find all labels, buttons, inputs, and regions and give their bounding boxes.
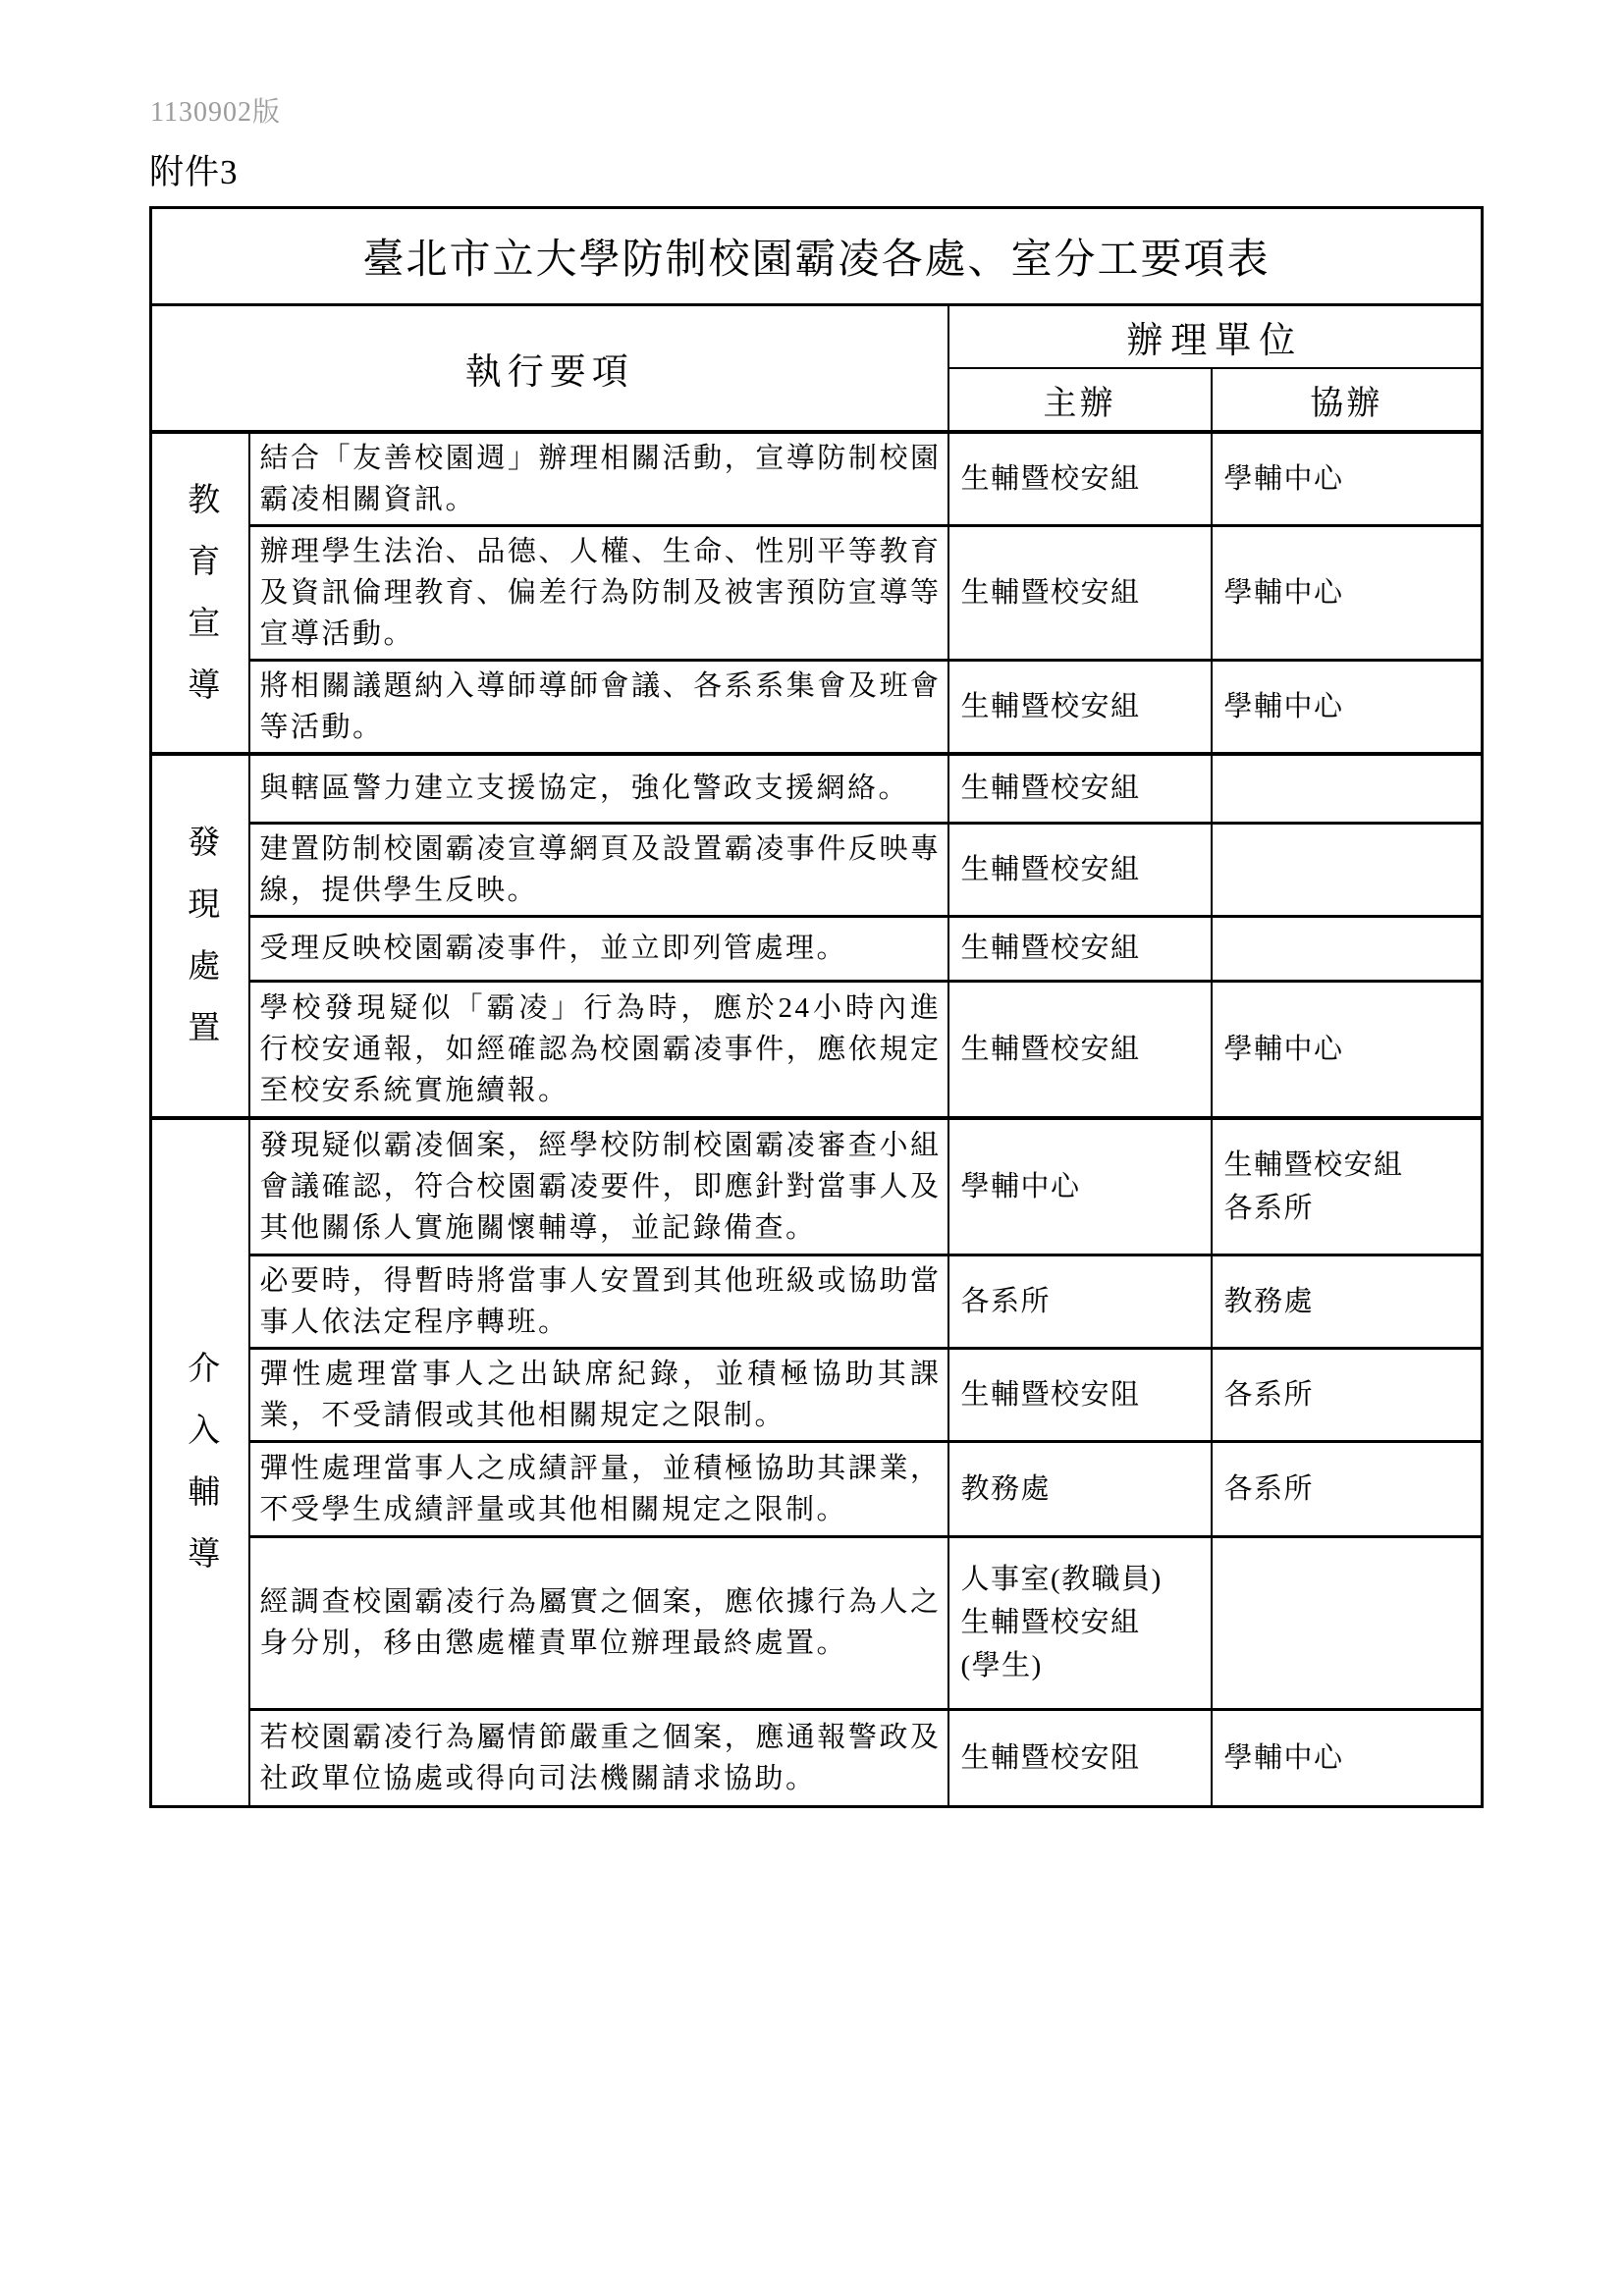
- main-organizer-cell: 生輔暨校安組: [948, 823, 1212, 916]
- item-text: 建置防制校園霸凌宣導網頁及設置霸凌事件反映專線，提供學生反映。: [249, 823, 948, 916]
- table-row: 教育宣導 結合「友善校園週」辦理相關活動，宣導防制校園霸凌相關資訊。 生輔暨校安…: [151, 432, 1483, 526]
- item-text: 結合「友善校園週」辦理相關活動，宣導防制校園霸凌相關資訊。: [249, 432, 948, 526]
- table-row: 將相關議題納入導師導師會議、各系系集會及班會等活動。 生輔暨校安組 學輔中心: [151, 661, 1483, 755]
- table-row: 彈性處理當事人之成績評量，並積極協助其課業，不受學生成績評量或其他相關規定之限制…: [151, 1441, 1483, 1536]
- table-row: 彈性處理當事人之出缺席紀錄，並積極協助其課業，不受請假或其他相關規定之限制。 生…: [151, 1348, 1483, 1441]
- co-organizer-cell: 學輔中心: [1212, 1709, 1483, 1806]
- header-row-1: 執行要項 辦理單位: [151, 305, 1483, 369]
- item-text: 學校發現疑似「霸凌」行為時，應於24小時內進行校安通報，如經確認為校園霸凌事件，…: [249, 981, 948, 1118]
- table-row: 經調查校園霸凌行為屬實之個案，應依據行為人之身分別，移由懲處權責單位辦理最終處置…: [151, 1536, 1483, 1709]
- co-organizer-cell: 學輔中心: [1212, 981, 1483, 1118]
- item-text: 辦理學生法治、品德、人權、生命、性別平等教育及資訊倫理教育、偏差行為防制及被害預…: [249, 526, 948, 661]
- main-organizer-cell: 生輔暨校安組: [948, 661, 1212, 755]
- attachment-label: 附件3: [149, 145, 239, 194]
- document-page: { "page": { "version_label": "1130902版",…: [0, 0, 1624, 2296]
- co-organizer-cell: 教務處: [1212, 1255, 1483, 1348]
- co-organizer-cell: [1212, 1536, 1483, 1709]
- table-row: 介入輔導 發現疑似霸凌個案，經學校防制校園霸凌審查小組會議確認，符合校園霸凌要件…: [151, 1118, 1483, 1255]
- section-label-text: 教育宣導: [184, 482, 216, 729]
- co-organizer-cell: 各系所: [1212, 1348, 1483, 1441]
- item-text: 發現疑似霸凌個案，經學校防制校園霸凌審查小組會議確認，符合校園霸凌要件，即應針對…: [249, 1118, 948, 1255]
- header-execution-items: 執行要項: [151, 305, 948, 433]
- main-organizer-cell: 生輔暨校安阻: [948, 1709, 1212, 1806]
- item-text: 彈性處理當事人之成績評量，並積極協助其課業，不受學生成績評量或其他相關規定之限制…: [249, 1441, 948, 1536]
- version-label: 1130902版: [150, 90, 281, 130]
- co-organizer-cell: [1212, 916, 1483, 981]
- section-label-discovery-handling: 發現處置: [151, 754, 249, 1118]
- item-text: 若校園霸凌行為屬情節嚴重之個案，應通報警政及社政單位協處或得向司法機關請求協助。: [249, 1709, 948, 1806]
- main-organizer-cell: 生輔暨校安組: [948, 754, 1212, 823]
- division-of-work-table: 臺北市立大學防制校園霸凌各處、室分工要項表 執行要項 辦理單位 主辦 協辦 教育…: [149, 206, 1484, 1808]
- main-organizer-cell: 教務處: [948, 1441, 1212, 1536]
- co-organizer-cell: [1212, 823, 1483, 916]
- title-row: 臺北市立大學防制校園霸凌各處、室分工要項表: [151, 208, 1483, 305]
- co-organizer-cell: 學輔中心: [1212, 661, 1483, 755]
- table-row: 辦理學生法治、品德、人權、生命、性別平等教育及資訊倫理教育、偏差行為防制及被害預…: [151, 526, 1483, 661]
- item-text: 將相關議題納入導師導師會議、各系系集會及班會等活動。: [249, 661, 948, 755]
- section-label-text: 介入輔導: [184, 1351, 216, 1598]
- header-co-organizer: 協辦: [1212, 368, 1483, 432]
- main-organizer-cell: 生輔暨校安組: [948, 526, 1212, 661]
- main-organizer-cell: 生輔暨校安組: [948, 981, 1212, 1118]
- co-organizer-cell: 生輔暨校安組 各系所: [1212, 1118, 1483, 1255]
- section-label-text: 發現處置: [184, 825, 216, 1072]
- item-text: 必要時，得暫時將當事人安置到其他班級或協助當事人依法定程序轉班。: [249, 1255, 948, 1348]
- table-title: 臺北市立大學防制校園霸凌各處、室分工要項表: [151, 208, 1483, 305]
- item-text: 與轄區警力建立支援協定，強化警政支援網絡。: [249, 754, 948, 823]
- main-organizer-cell: 人事室(教職員) 生輔暨校安組 (學生): [948, 1536, 1212, 1709]
- co-organizer-cell: 學輔中心: [1212, 526, 1483, 661]
- co-organizer-cell: [1212, 754, 1483, 823]
- table-row: 若校園霸凌行為屬情節嚴重之個案，應通報警政及社政單位協處或得向司法機關請求協助。…: [151, 1709, 1483, 1806]
- main-organizer-cell: 各系所: [948, 1255, 1212, 1348]
- co-organizer-cell: 各系所: [1212, 1441, 1483, 1536]
- table-row: 必要時，得暫時將當事人安置到其他班級或協助當事人依法定程序轉班。 各系所 教務處: [151, 1255, 1483, 1348]
- main-organizer-cell: 生輔暨校安組: [948, 432, 1212, 526]
- main-organizer-cell: 學輔中心: [948, 1118, 1212, 1255]
- header-main-organizer: 主辦: [948, 368, 1212, 432]
- header-handling-unit: 辦理單位: [948, 305, 1483, 369]
- co-organizer-cell: 學輔中心: [1212, 432, 1483, 526]
- table-row: 受理反映校園霸凌事件，並立即列管處理。 生輔暨校安組: [151, 916, 1483, 981]
- item-text: 彈性處理當事人之出缺席紀錄，並積極協助其課業，不受請假或其他相關規定之限制。: [249, 1348, 948, 1441]
- section-label-intervention-counseling: 介入輔導: [151, 1118, 249, 1806]
- main-organizer-cell: 生輔暨校安阻: [948, 1348, 1212, 1441]
- main-organizer-cell: 生輔暨校安組: [948, 916, 1212, 981]
- table-row: 學校發現疑似「霸凌」行為時，應於24小時內進行校安通報，如經確認為校園霸凌事件，…: [151, 981, 1483, 1118]
- table-row: 建置防制校園霸凌宣導網頁及設置霸凌事件反映專線，提供學生反映。 生輔暨校安組: [151, 823, 1483, 916]
- item-text: 受理反映校園霸凌事件，並立即列管處理。: [249, 916, 948, 981]
- item-text: 經調查校園霸凌行為屬實之個案，應依據行為人之身分別，移由懲處權責單位辦理最終處置…: [249, 1536, 948, 1709]
- section-label-education-promotion: 教育宣導: [151, 432, 249, 754]
- table-row: 發現處置 與轄區警力建立支援協定，強化警政支援網絡。 生輔暨校安組: [151, 754, 1483, 823]
